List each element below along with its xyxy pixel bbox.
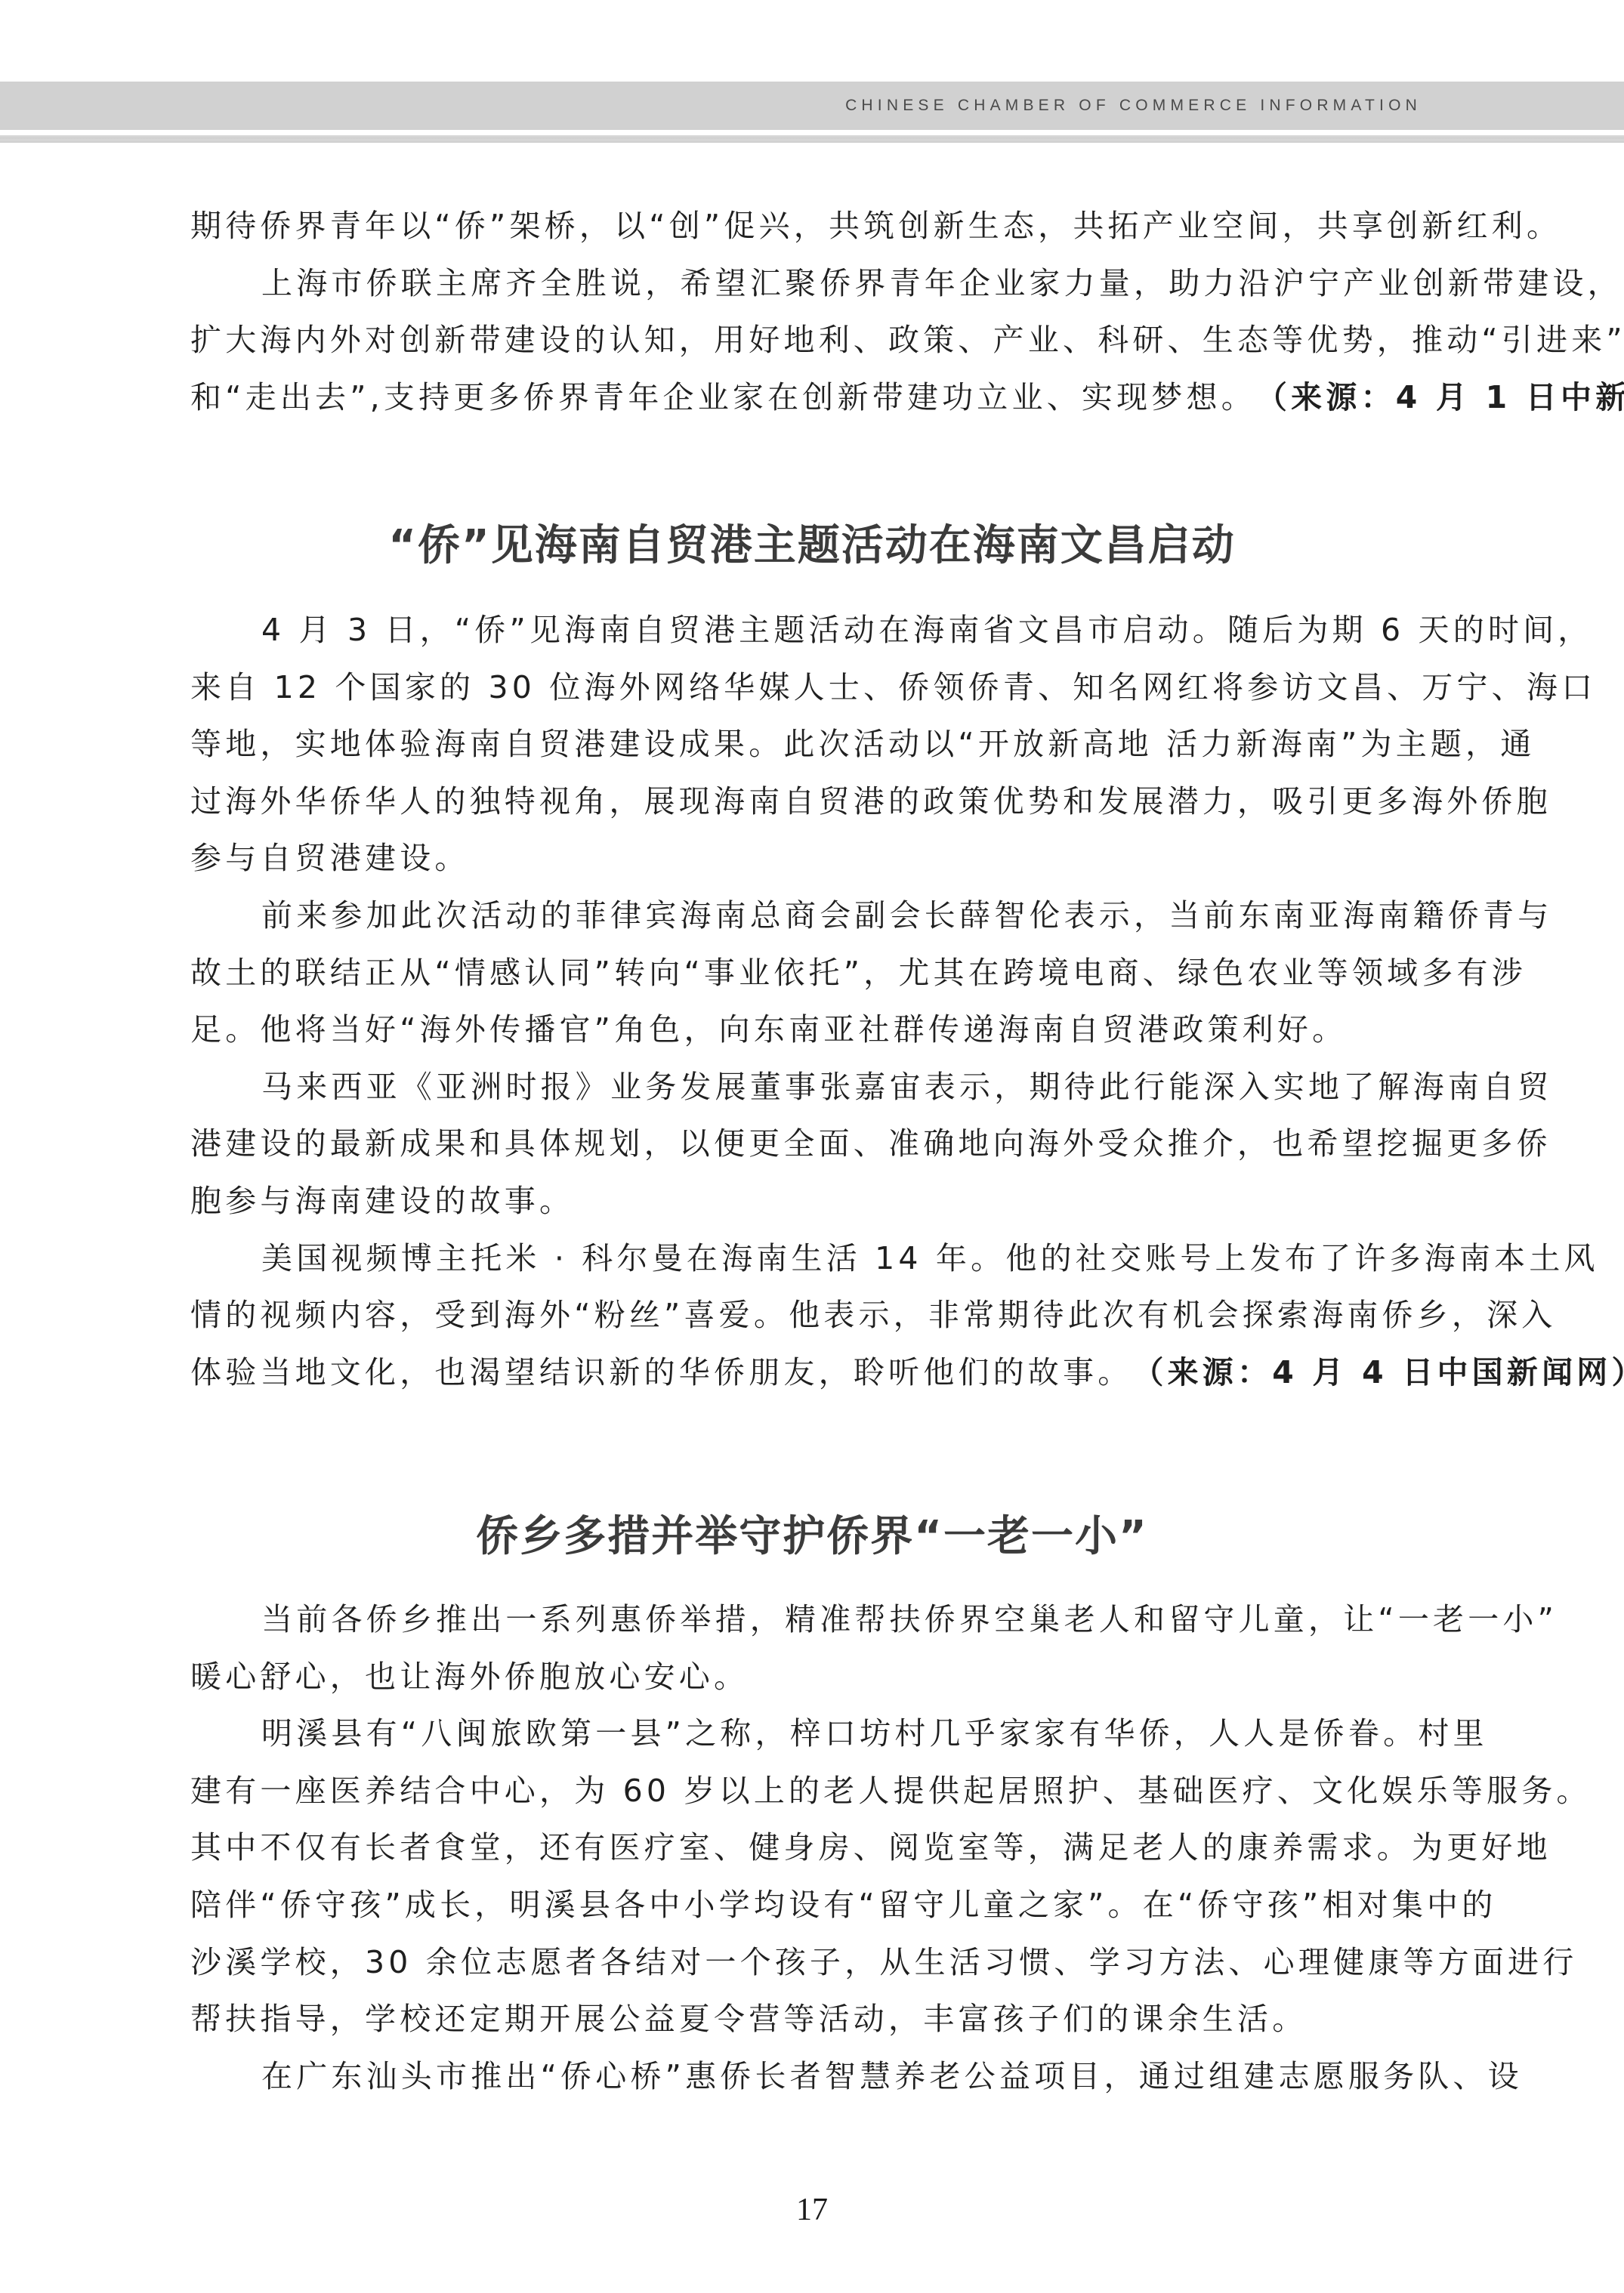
paragraph-line: 建有一座医养结合中心，为 60 岁以上的老人提供起居照护、基础医疗、文化娱乐等服… — [190, 1763, 1437, 1820]
paragraph-line: 故土的联结正从“情感认同”转向“事业依托”，尤其在跨境电商、绿色农业等领域多有涉 — [190, 945, 1437, 1002]
previous-article-continuation: 期待侨界青年以“侨”架桥，以“创”促兴，共筑创新生态，共拓产业空间，共享创新红利… — [190, 198, 1437, 426]
page-number: 17 — [0, 2192, 1624, 2228]
paragraph-line: 足。他将当好“海外传播官”角色，向东南亚社群传递海南自贸港政策利好。 — [190, 1001, 1437, 1059]
paragraph-text: 和“走出去”,支持更多侨界青年企业家在创新带建功立业、实现梦想。 — [190, 369, 1256, 427]
paragraph-line: 明溪县有“八闽旅欧第一县”之称，梓口坊村几乎家家有华侨，人人是侨眷。村里 — [190, 1705, 1437, 1763]
source-citation: （来源：4 月 1 日中新网） — [1256, 369, 1624, 427]
paragraph-text: 体验当地文化，也渴望结识新的华侨朋友，聆听他们的故事。 — [190, 1344, 1132, 1402]
article-title: 侨乡多措并举守护侨界“一老一小” — [0, 1503, 1624, 1563]
paragraph-line: 港建设的最新成果和具体规划，以便更全面、准确地向海外受众推介，也希望挖掘更多侨 — [190, 1116, 1437, 1173]
paragraph-line: 上海市侨联主席齐全胜说，希望汇聚侨界青年企业家力量，助力沿沪宁产业创新带建设， — [190, 255, 1437, 313]
source-citation: （来源：4 月 4 日中国新闻网） — [1132, 1344, 1624, 1402]
paragraph-line: 美国视频博主托米 · 科尔曼在海南生活 14 年。他的社交账号上发布了许多海南本… — [190, 1230, 1437, 1288]
paragraph-line: 4 月 3 日，“侨”见海南自贸港主题活动在海南省文昌市启动。随后为期 6 天的… — [190, 602, 1437, 659]
paragraph-line: 胞参与海南建设的故事。 — [190, 1173, 1437, 1230]
paragraph-line: 和“走出去”,支持更多侨界青年企业家在创新带建功立业、实现梦想。 （来源：4 月… — [190, 369, 1437, 427]
running-header-band: CHINESE CHAMBER OF COMMERCE INFORMATION — [0, 82, 1624, 130]
article-body: 当前各侨乡推出一系列惠侨举措，精准帮扶侨界空巢老人和留守儿童，让“一老一小” 暖… — [190, 1591, 1437, 2105]
paragraph-line: 期待侨界青年以“侨”架桥，以“创”促兴，共筑创新生态，共拓产业空间，共享创新红利… — [190, 198, 1437, 255]
paragraph-line: 陪伴“侨守孩”成长，明溪县各中小学均设有“留守儿童之家”。在“侨守孩”相对集中的 — [190, 1877, 1437, 1934]
publication-title: CHINESE CHAMBER OF COMMERCE INFORMATION — [845, 82, 1422, 130]
paragraph-line: 扩大海内外对创新带建设的认知，用好地利、政策、产业、科研、生态等优势，推动“引进… — [190, 312, 1437, 369]
paragraph-line: 当前各侨乡推出一系列惠侨举措，精准帮扶侨界空巢老人和留守儿童，让“一老一小” — [190, 1591, 1437, 1649]
paragraph-line: 过海外华侨华人的独特视角，展现海南自贸港的政策优势和发展潜力，吸引更多海外侨胞 — [190, 773, 1437, 831]
paragraph-line: 体验当地文化，也渴望结识新的华侨朋友，聆听他们的故事。 （来源：4 月 4 日中… — [190, 1344, 1437, 1402]
header-divider-rule — [0, 135, 1624, 143]
paragraph-line: 来自 12 个国家的 30 位海外网络华媒人士、侨领侨青、知名网红将参访文昌、万… — [190, 659, 1437, 717]
article-title: “侨”见海南自贸港主题活动在海南文昌启动 — [0, 512, 1624, 572]
paragraph-line: 前来参加此次活动的菲律宾海南总商会副会长薛智伦表示，当前东南亚海南籍侨青与 — [190, 887, 1437, 945]
paragraph-line: 等地，实地体验海南自贸港建设成果。此次活动以“开放新高地 活力新海南”为主题，通 — [190, 716, 1437, 773]
paragraph-line: 在广东汕头市推出“侨心桥”惠侨长者智慧养老公益项目，通过组建志愿服务队、设 — [190, 2048, 1437, 2106]
paragraph-line: 暖心舒心，也让海外侨胞放心安心。 — [190, 1649, 1437, 1706]
paragraph-line: 沙溪学校，30 余位志愿者各结对一个孩子，从生活习惯、学习方法、心理健康等方面进… — [190, 1934, 1437, 1992]
article-body: 4 月 3 日，“侨”见海南自贸港主题活动在海南省文昌市启动。随后为期 6 天的… — [190, 602, 1437, 1401]
paragraph-line: 帮扶指导，学校还定期开展公益夏令营等活动，丰富孩子们的课余生活。 — [190, 1991, 1437, 2048]
paragraph-line: 其中不仅有长者食堂，还有医疗室、健身房、阅览室等，满足老人的康养需求。为更好地 — [190, 1819, 1437, 1877]
paragraph-line: 参与自贸港建设。 — [190, 830, 1437, 887]
paragraph-line: 情的视频内容，受到海外“粉丝”喜爱。他表示，非常期待此次有机会探索海南侨乡，深入 — [190, 1287, 1437, 1344]
paragraph-line: 马来西亚《亚洲时报》业务发展董事张嘉宙表示，期待此行能深入实地了解海南自贸 — [190, 1059, 1437, 1116]
